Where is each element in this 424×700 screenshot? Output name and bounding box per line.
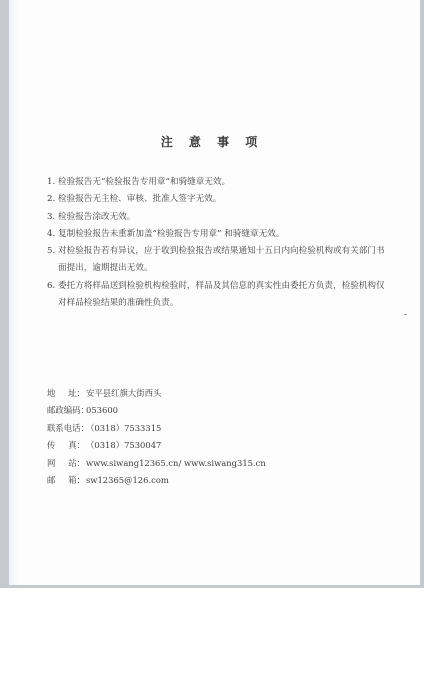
page-binding-edge: [9, 0, 17, 585]
note-item: 6. 委托方将样品送到检验机构检验时，样品及其信息的真实性由委托方负责，检验机构…: [47, 278, 387, 313]
note-text: 委托方将样品送到检验机构检验时，样品及其信息的真实性由委托方负责，检验机构仅对样…: [58, 278, 387, 313]
phone-label: 联系电话：: [47, 420, 85, 437]
note-item: 1. 检验报告无“检验报告专用章”和骑缝章无效。: [47, 174, 387, 191]
note-number: 5.: [47, 243, 58, 278]
postcode-label: 邮政编码：: [47, 402, 85, 419]
note-number: 6.: [47, 278, 58, 313]
fax-row: 传真： （0318）7530047: [47, 437, 266, 454]
postcode-value: 053600: [86, 402, 118, 419]
address-value: 安平县红旗大街西头: [86, 385, 161, 402]
note-item: 3. 检验报告涂改无效。: [47, 209, 387, 226]
note-item: 5. 对检验报告若有异议，应于收到检验报告或结果通知十五日内向检验机构或有关部门…: [47, 243, 387, 278]
note-text: 检验报告无主检、审核、批准人签字无效。: [58, 191, 387, 208]
website-row: 网站： www.siwang12365.cn/ www.siwang315.cn: [47, 455, 266, 472]
website-value: www.siwang12365.cn/ www.siwang315.cn: [86, 455, 266, 472]
page-title: 注 意 事 项: [0, 133, 424, 150]
note-text: 检验报告涂改无效。: [58, 209, 387, 226]
address-row: 地址： 安平县红旗大街西头: [47, 385, 266, 402]
note-text: 检验报告无“检验报告专用章”和骑缝章无效。: [58, 174, 387, 191]
note-number: 2.: [47, 191, 58, 208]
scan-speck: [404, 314, 407, 315]
note-number: 1.: [47, 174, 58, 191]
postcode-row: 邮政编码： 053600: [47, 402, 266, 419]
website-label: 网站：: [47, 455, 85, 472]
note-text: 复制检验报告未重新加盖“检验报告专用章” 和骑缝章无效。: [58, 226, 387, 243]
note-item: 2. 检验报告无主检、审核、批准人签字无效。: [47, 191, 387, 208]
notes-list: 1. 检验报告无“检验报告专用章”和骑缝章无效。 2. 检验报告无主检、审核、批…: [47, 174, 387, 312]
email-value: sw12365@126.com: [86, 472, 169, 489]
note-number: 3.: [47, 209, 58, 226]
note-text: 对检验报告若有异议，应于收到检验报告或结果通知十五日内向检验机构或有关部门书面提…: [58, 243, 387, 278]
note-number: 4.: [47, 226, 58, 243]
note-item: 4. 复制检验报告未重新加盖“检验报告专用章” 和骑缝章无效。: [47, 226, 387, 243]
fax-label: 传真：: [47, 437, 85, 454]
fax-value: （0318）7530047: [86, 437, 161, 454]
email-label: 邮箱：: [47, 472, 85, 489]
phone-row: 联系电话： （0318）7533315: [47, 420, 266, 437]
email-row: 邮箱： sw12365@126.com: [47, 472, 266, 489]
address-label: 地址：: [47, 385, 85, 402]
phone-value: （0318）7533315: [86, 420, 161, 437]
contact-info: 地址： 安平县红旗大街西头 邮政编码： 053600 联系电话： （0318）7…: [47, 385, 266, 489]
